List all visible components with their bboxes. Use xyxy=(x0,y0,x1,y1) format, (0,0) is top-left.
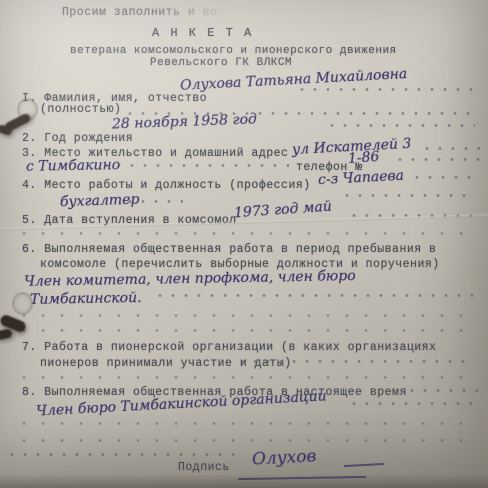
dotted-leader xyxy=(22,328,477,333)
form-subtitle-line2: Ревельского ГК ВЛКСМ xyxy=(150,57,292,69)
signature-flourish xyxy=(344,463,384,467)
binding-thread xyxy=(0,328,13,341)
binding-hole-ring xyxy=(12,292,33,315)
binding-hole-top xyxy=(2,96,42,146)
question-7-line1: 7. Работа в пионерской организации (в ка… xyxy=(22,341,436,354)
dotted-leader xyxy=(128,199,183,204)
dotted-leader xyxy=(352,401,476,406)
question-4: 4. Место работы и должность (профессия) xyxy=(22,179,311,192)
dotted-leader xyxy=(158,293,476,298)
form-title: А Н К Е Т А xyxy=(152,26,253,40)
dotted-leader xyxy=(410,388,478,393)
dotted-leader xyxy=(128,111,473,116)
dotted-leader xyxy=(345,193,475,198)
question-6-line1: 6. Выполняемая общественная работа в пер… xyxy=(22,243,436,256)
dotted-leader xyxy=(415,175,480,180)
form-subtitle-line1: ветерана комсомольского и пионерского дв… xyxy=(70,45,397,57)
dotted-leader xyxy=(104,163,289,168)
dotted-leader xyxy=(22,231,477,236)
answer-social-work-line1: Член комитета, член профкома, член бюро xyxy=(24,268,356,290)
dotted-leader xyxy=(398,157,480,162)
binding-hole-bottom xyxy=(0,286,40,344)
dotted-leader xyxy=(22,375,477,380)
signature-handwritten: Олухов xyxy=(252,446,317,469)
dotted-leader xyxy=(240,359,475,364)
dotted-leader xyxy=(330,123,475,128)
form-return-note: Просим заполнить и возвр xyxy=(62,6,240,19)
paper-edge-shadow xyxy=(0,474,488,488)
dotted-leader xyxy=(22,438,477,443)
scanned-document-page: Просим заполнить и возвр А Н К Е Т А вет… xyxy=(0,0,488,488)
dotted-leader xyxy=(22,421,477,426)
answer-workplace: с-з Чапаева xyxy=(318,168,405,188)
dotted-leader xyxy=(10,452,235,457)
question-6-line2: комсомоле (перечислить выборные должност… xyxy=(40,258,440,271)
dotted-leader xyxy=(22,313,477,318)
question-1-note: (полностью) xyxy=(40,103,121,116)
dotted-leader xyxy=(300,87,480,92)
dotted-leader xyxy=(425,146,480,151)
answer-social-work-line2: Тимбакинской. xyxy=(30,290,142,308)
signature-label: Подпись xyxy=(178,461,230,474)
